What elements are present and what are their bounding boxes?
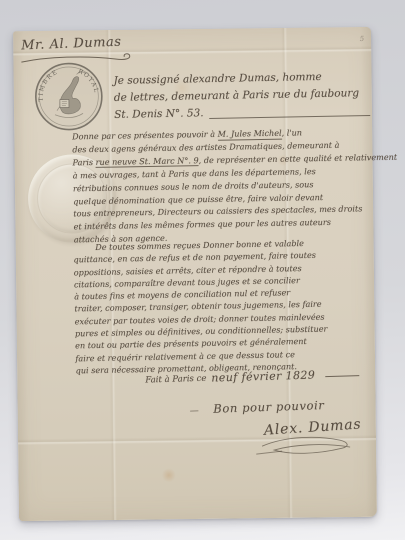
date-value: neuf février 1829 [211,368,315,384]
addressee-annotation: Mr. Al. Dumas [21,35,122,54]
underlined-address: rue neuve St. Marc N°. 9 [95,155,198,168]
signature-paraph-flourish [256,431,356,458]
date-trailing-dash [325,375,359,377]
text-segment: Donne par ces présentes pouvoir à [72,129,218,142]
timbre-royal-stamp: TIMBRE ROYAL [32,60,105,133]
opening-paragraph: Je soussigné alexandre Dumas, homme de l… [113,68,370,124]
handwritten-rule [210,115,371,119]
text-segment: , l'un [281,127,302,137]
text-segment: , de représenter en cette qualité et rel… [199,151,398,164]
receipts-paragraph: De toutes sommes reçues Donner bonne et … [73,237,328,377]
powers-paragraph: Donne par ces présentes pouvoir à M. Jul… [72,125,399,247]
opening-line: St. Denis N°. 53. [114,105,204,124]
text-segment: Paris [72,157,95,167]
closing-formula: Bon pour pouvoir [189,398,324,416]
document-paper: Mr. Al. Dumas 5 TIMBRE ROYAL [13,27,377,521]
underlined-name: M. Jules Michel [217,128,281,141]
photo-background: Mr. Al. Dumas 5 TIMBRE ROYAL [0,0,405,540]
page-number: 5 [360,35,365,43]
date-prefix: Fait à Paris ce [145,373,206,385]
